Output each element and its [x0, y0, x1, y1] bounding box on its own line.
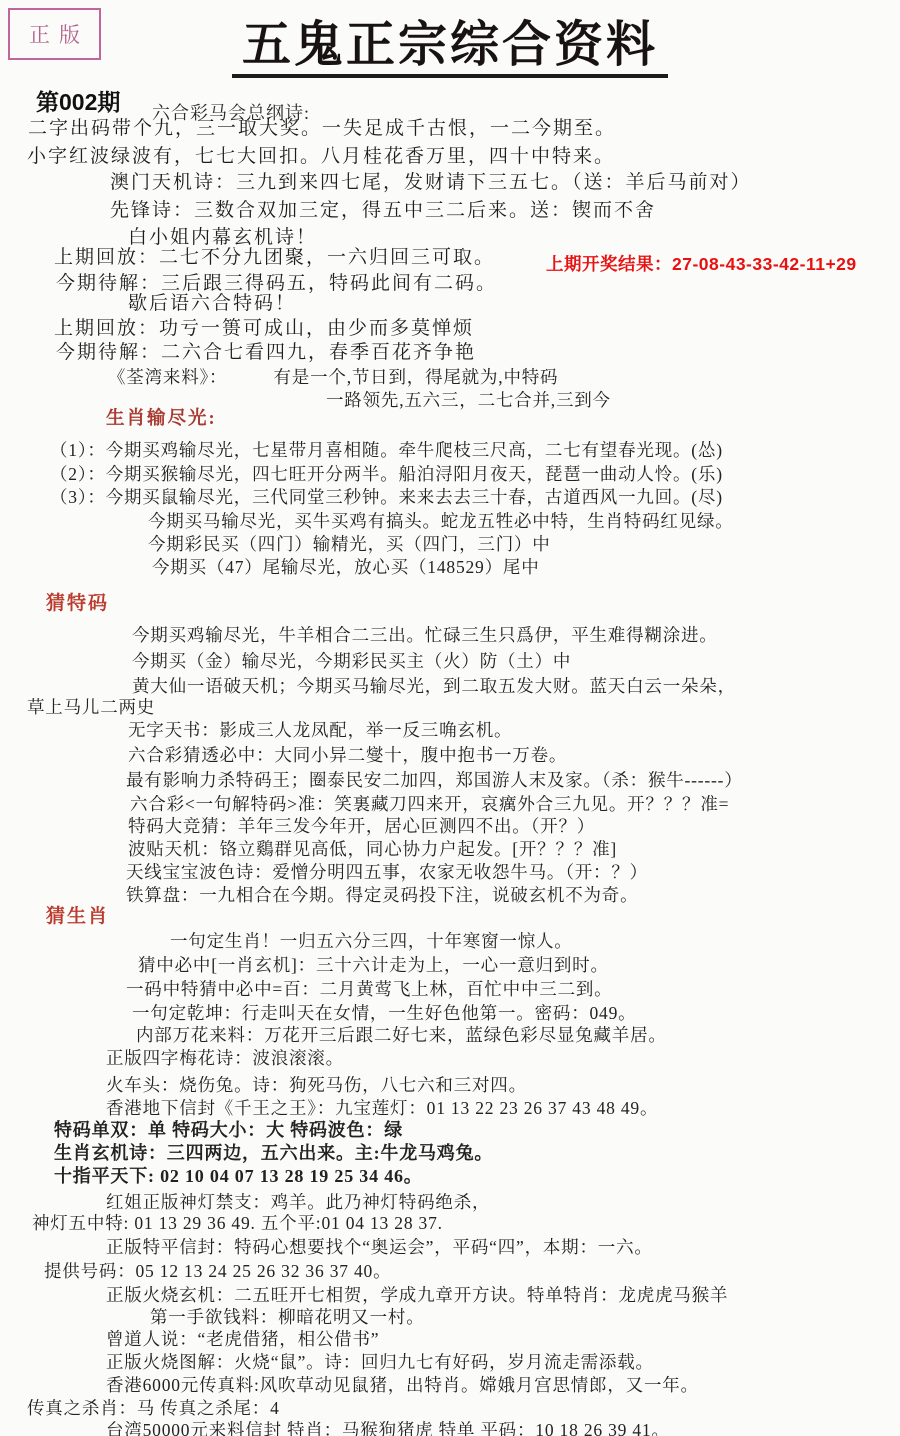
title-wrap: 五鬼正宗综合资料 [0, 18, 900, 78]
text-line: 香港6000元传真料:风吹草动见鼠猪，出特肖。嫦娥月宫思情郎，又一年。 [106, 1375, 699, 1396]
text-line: 正版四字梅花诗：波浪滚滚。 [106, 1048, 344, 1069]
text-line: 六合彩<一句解特码>准：笑裏藏刀四来开，哀癘外合三九见。开？？？准= [130, 794, 729, 815]
text-line: 正版火烧玄机：二五旺开七相贺，学成九章开方诀。特单特肖：龙虎虎马猴羊 [106, 1285, 728, 1306]
text-line: 今期买（金）输尽光，今期彩民买主（火）防（土）中 [132, 651, 571, 672]
text-line: 曾道人说：“老虎借猪，相公借书” [106, 1329, 379, 1350]
text-line: 最有影响力杀特码王；圈泰民安二加四，郑国游人末及家。（杀：猴牛------） [126, 770, 743, 791]
last-draw-result: 上期开奖结果：27-08-43-33-42-11+29 [546, 251, 857, 276]
lottery-info-sheet: 正版 五鬼正宗综合资料 第002期 六合彩马会总纲诗: 上期开奖结果：27-08… [0, 0, 900, 1436]
text-line: 先锋诗：三数合双加三定，得五中三二后来。送：锲而不舍 [110, 200, 656, 223]
text-line: 小字红波绿波有，七七大回扣。八月桂花香万里，四十中特来。 [27, 146, 615, 169]
text-line: 猜中必中[一肖玄机]：三十六计走为上，一心一意归到时。 [138, 955, 609, 976]
text-line: 今期彩民买（四门）输精光，买（四门，三门）中 [148, 534, 551, 555]
text-line: 一码中特猜中必中=百：二月黄莺飞上林，百忙中中三二到。 [126, 979, 612, 1000]
text-line: 一句定乾坤：行走叫天在女情，一生好色他第一。密码：049。 [132, 1003, 636, 1024]
issue-number: 第002期 [36, 84, 120, 117]
text-line: 生肖玄机诗：三四两边，五六出来。主:牛龙马鸡兔。 [54, 1143, 493, 1165]
text-line: 今期买鸡输尽光，牛羊相合二三出。忙碌三生只爲伊，平生难得糊涂进。 [132, 625, 718, 646]
text-line: 十指平天下: 02 10 04 07 13 28 19 25 34 46。 [54, 1166, 423, 1188]
text-line: 提供号码：05 12 13 24 25 26 32 36 37 40。 [44, 1261, 391, 1282]
text-line: 内部万花来料：万花开三后跟二好七来，蓝绿色彩尽显兔藏羊居。 [136, 1025, 667, 1046]
text-line: 上期回放：二七不分九团聚，一六归回三可取。 [54, 247, 495, 270]
page-title: 五鬼正宗综合资料 [232, 18, 668, 78]
section-heading-zodiac: 生肖输尽光: [106, 408, 217, 430]
text-line: 一句定生肖！一归五六分三四，十年寒窗一惊人。 [170, 931, 573, 952]
text-line: 第一手欲钱料：柳暗花明又一村。 [150, 1307, 425, 1328]
text-line: 六合彩猜透必中：大同小异二燮十，腹中抱书一万卷。 [128, 745, 567, 766]
text-line: 火车头：烧伤兔。诗：狗死马伤，八七六和三对四。 [106, 1075, 527, 1096]
text-line: 上期回放：功亏一篑可成山，由少而多莫惮烦 [54, 318, 474, 341]
text-line: 天线宝宝波色诗：爱憎分明四五事，农家无收怨牛马。（开：？） [126, 862, 648, 883]
text-line: 今期买马输尽光，买牛买鸡有搞头。蛇龙五牲必中特，生肖特码红见绿。 [148, 511, 734, 532]
text-line: 一路领先,五六三，二七合并,三到今 [326, 390, 611, 411]
text-line: 《荃湾来料》： 有是一个,节日到，得尾就为,中特码 [108, 367, 558, 388]
text-line: 草上马儿二两史 [27, 697, 155, 718]
text-line: 铁算盘：一九相合在今期。得定灵码投下注，说破玄机不为奇。 [126, 885, 638, 906]
text-line: 无字天书：影成三人龙凤配，举一反三唃玄机。 [128, 720, 512, 741]
text-line: 红姐正版神灯禁支：鸡羊。此乃神灯特码绝杀， [106, 1192, 490, 1213]
text-line: 澳门天机诗：三九到来四七尾，发财请下三五七。（送：羊后马前对） [110, 172, 752, 195]
text-line: 神灯五中特: 01 13 29 36 49. 五个平:01 04 13 28 3… [32, 1213, 443, 1234]
text-line: 今期待解：二六合七看四九，春季百花齐争艳 [56, 342, 476, 365]
list-item: （1）：今期买鸡输尽光，七星带月喜相随。牵牛爬枝三尺高，二七有望春光现。(怂) [50, 440, 723, 461]
section-heading-guess-zodiac: 猜生肖 [46, 906, 109, 929]
text-line: 特码大竞猜：羊年三发今年开，居心叵测四不出。（开？） [128, 816, 595, 837]
text-line: 传真之杀肖：马 传真之杀尾：4 [27, 1398, 280, 1419]
text-line: 波贴天机：铬立鷄群见高低，同心协力户起发。[开？？？准] [128, 839, 617, 860]
text-line: 二字出码带个九，三一取大奖。一失足成千古恨，一二今期至。 [28, 118, 616, 141]
text-line: 香港地下信封《千王之王》：九宝莲灯：01 13 22 23 26 37 43 4… [106, 1098, 658, 1119]
text-line: 今期买（47）尾输尽光，放心买（148529）尾中 [152, 557, 540, 578]
text-line: 正版特平信封：特码心想要找个“奥运会”，平码“四”，本期：一六。 [106, 1237, 653, 1258]
text-line: 特码单双：单 特码大小：大 特码波色：绿 [54, 1120, 403, 1142]
text-line: 台湾50000元来料信封 特肖：马猴狗猪虎 特单 平码：10 18 26 39 … [106, 1420, 670, 1436]
text-line: 正版火烧图解：火烧“鼠”。诗：回归九七有好码，岁月流走需添载。 [106, 1352, 654, 1373]
text-line: 歇后语六合特码！ [128, 293, 296, 316]
list-item: （2）：今期买猴输尽光，四七旺开分两半。船泊浔阳月夜天，琵琶一曲动人怜。(乐) [50, 464, 723, 485]
text-line: 黄大仙一语破天机；今期买马输尽光，到二取五发大财。蓝天白云一朵朵， [132, 676, 736, 697]
section-heading-special-code: 猜特码 [46, 593, 109, 616]
list-item: （3）：今期买鼠输尽光，三代同堂三秒钟。来来去去三十春，古道西风一九回。(尽) [50, 487, 723, 508]
